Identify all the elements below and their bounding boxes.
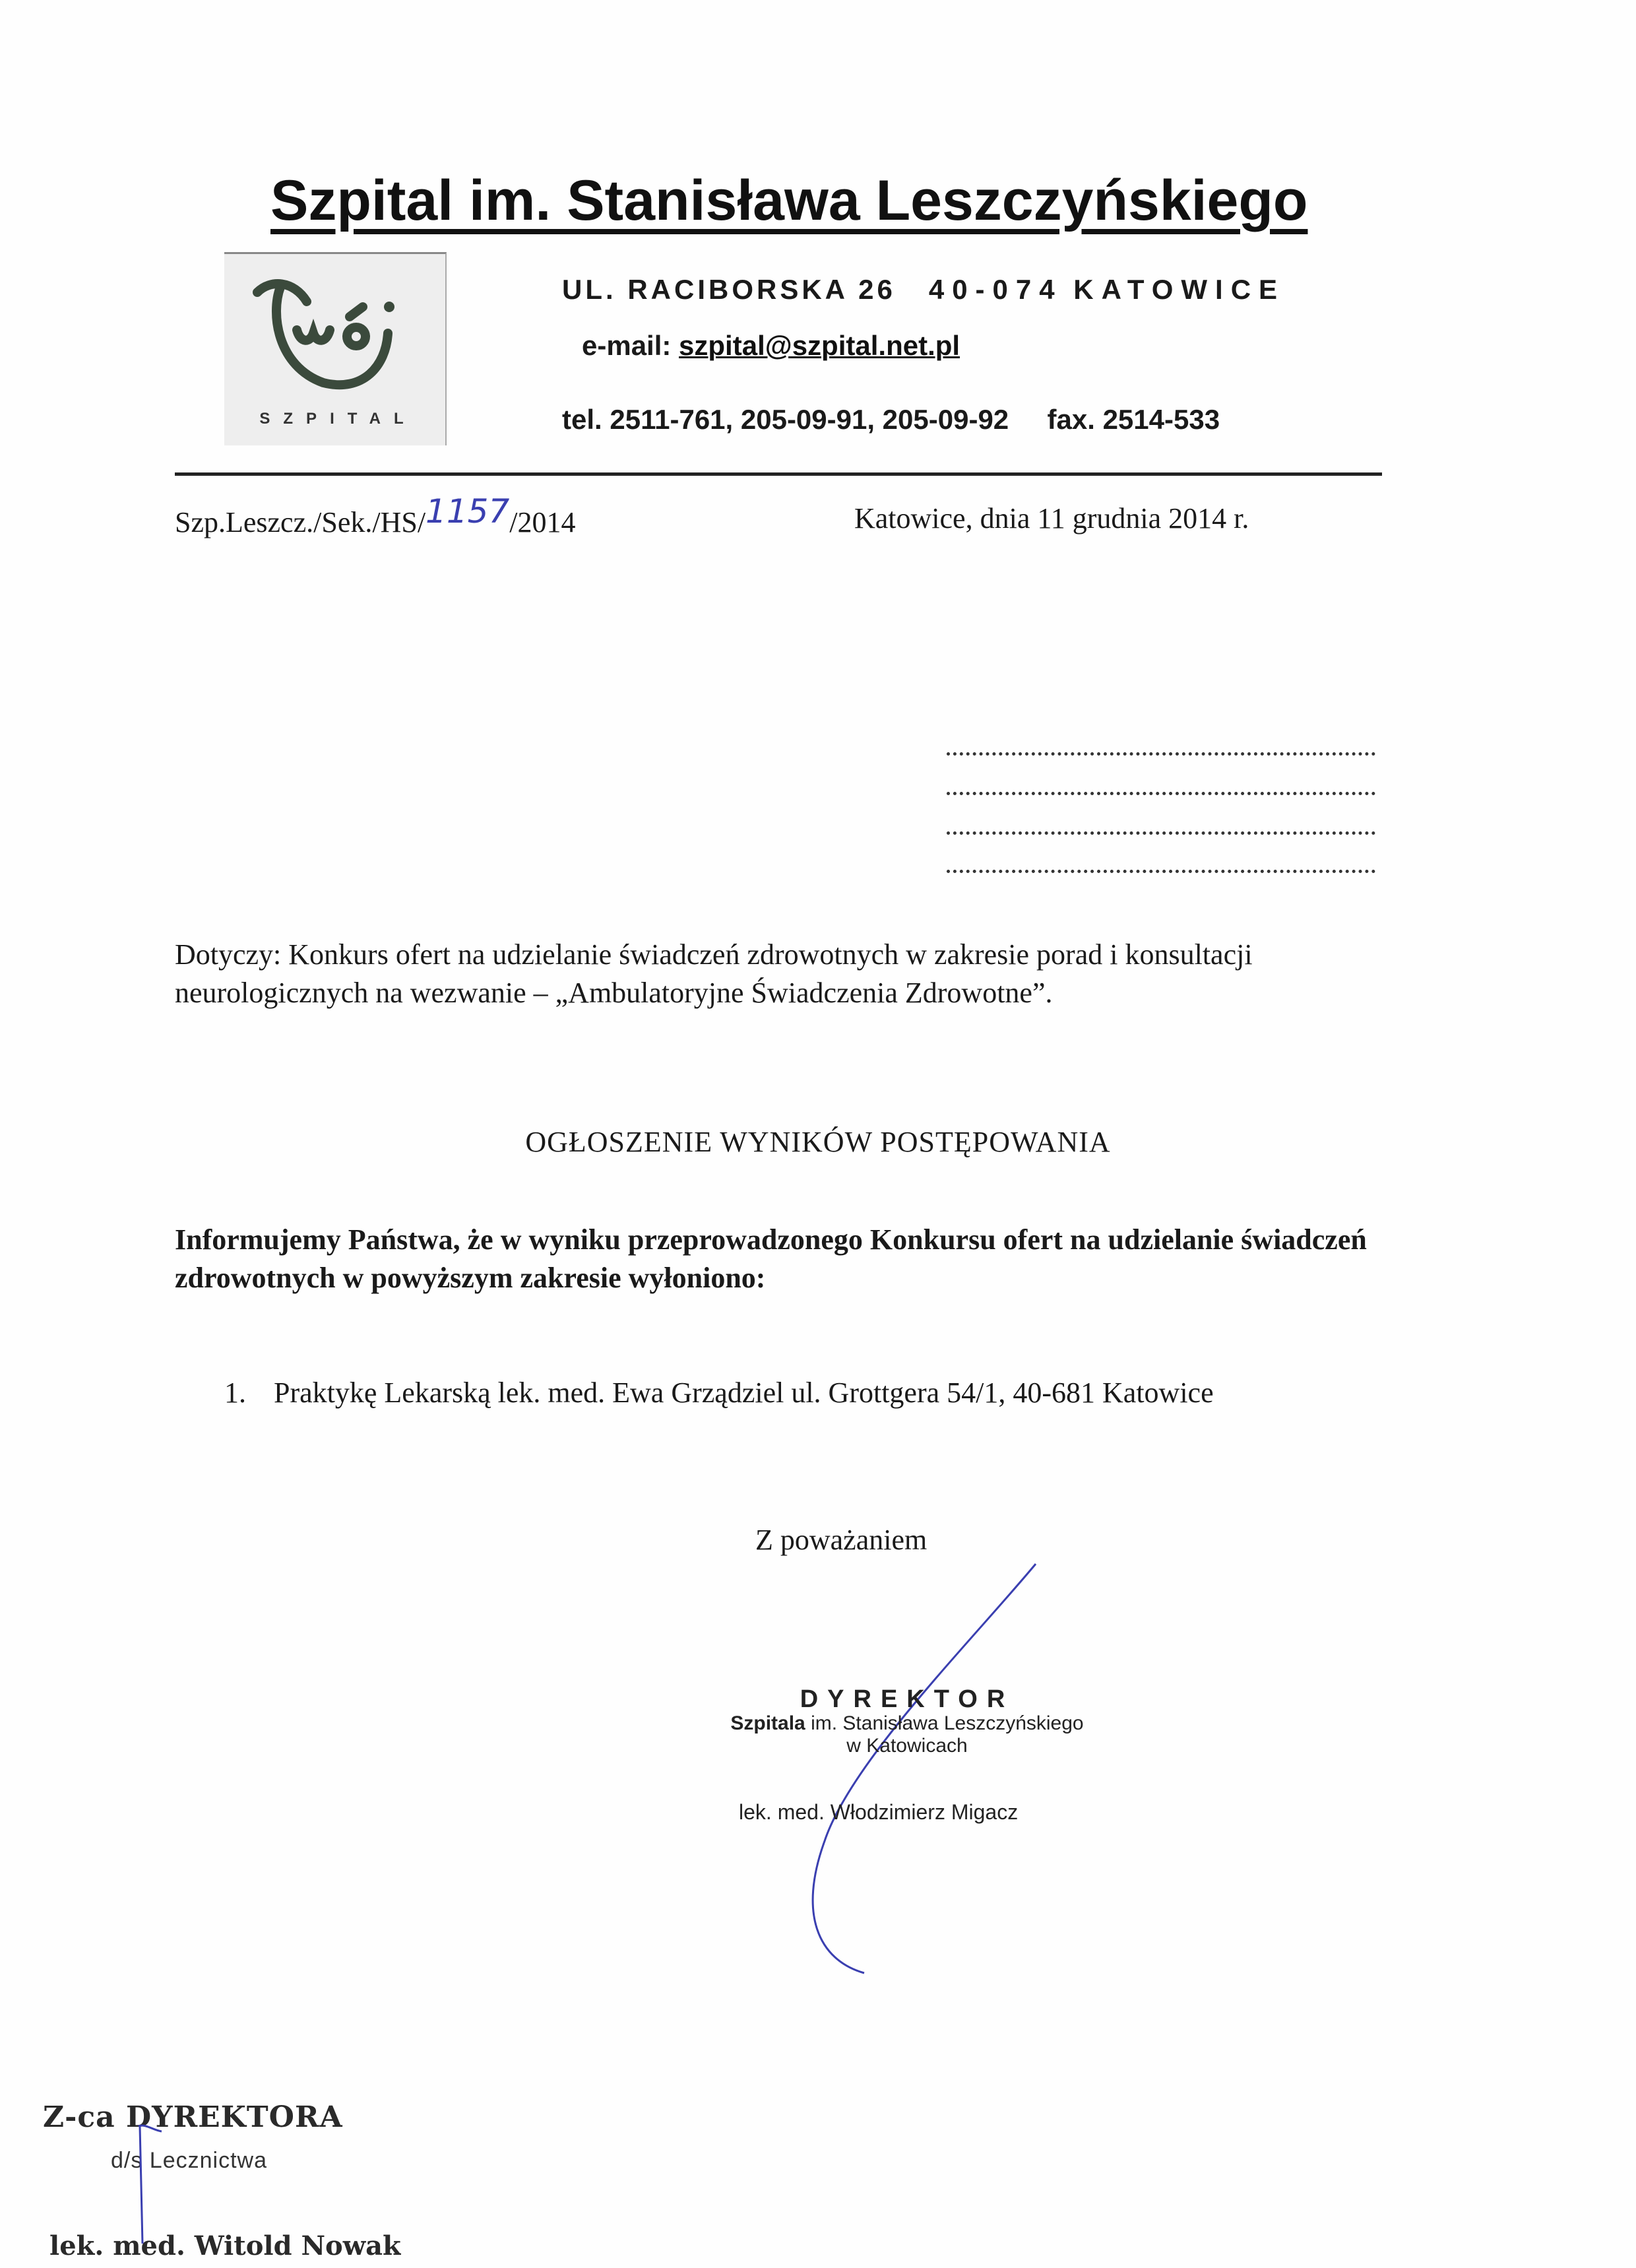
handwritten-number: 1157 [425,492,509,531]
letter-date: Katowice, dnia 11 grudnia 2014 r. [854,502,1249,535]
reference-prefix: Szp.Leszcz./Sek./HS/ [175,506,425,538]
logo-caption: SZPITAL [224,410,445,428]
subject: Dotyczy: Konkurs ofert na udzielanie świ… [175,936,1389,1012]
city: KATOWICE [1073,274,1285,305]
announcement-heading: OGŁOSZENIE WYNIKÓW POSTĘPOWANIA [0,1125,1636,1159]
fax-number: fax. 2514-533 [1048,404,1220,435]
director-signature-icon [693,1538,1088,1999]
director-title: DYREKTOR [716,1686,1098,1712]
result-number: 1. [224,1376,274,1409]
hospital-logo: SZPITAL [224,252,447,445]
result-item: 1.Praktykę Lekarską lek. med. Ewa Grządz… [224,1376,1214,1409]
email-label: e-mail: [582,330,671,361]
phone-numbers: tel. 2511-761, 205-09-91, 205-09-92 [562,404,1009,435]
email-line: e-mail: szpital@szpital.net.pl [582,330,960,362]
contact-line: tel. 2511-761, 205-09-91, 205-09-92 fax.… [562,404,1220,436]
twoj-smile-logo-icon [244,267,416,399]
result-text: Praktykę Lekarską lek. med. Ewa Grządzie… [274,1377,1214,1409]
deputy-signature-icon [99,2118,178,2250]
recipient-line [947,752,1375,756]
hospital-name: Szpital im. Stanisława Leszczyńskiego [270,168,1307,234]
street: UL. RACIBORSKA 26 [562,274,896,305]
director-institution: Szpitala im. Stanisława Leszczyńskiego [716,1712,1098,1735]
postal-code: 40-074 [929,274,1063,305]
deputy-title: Z-ca DYREKTORA [43,2100,343,2134]
email-link[interactable]: szpital@szpital.net.pl [679,330,960,361]
director-name: lek. med. Włodzimierz Migacz [739,1800,1018,1825]
institution-prefix: Szpitala [730,1712,805,1734]
institution-name: im. Stanisława Leszczyńskiego [811,1712,1084,1734]
address-line: UL. RACIBORSKA 26 40-074 KATOWICE [562,274,1285,306]
reference-number: Szp.Leszcz./Sek./HS/1157/2014 [175,502,576,540]
director-stamp: DYREKTOR Szpitala im. Stanisława Leszczy… [716,1686,1098,1757]
header-divider [175,472,1382,476]
reference-suffix: /2014 [509,506,575,538]
recipient-line [947,831,1375,835]
information-paragraph: Informujemy Państwa, że w wyniku przepro… [175,1221,1382,1297]
recipient-line [947,870,1375,873]
director-city: w Katowicach [716,1735,1098,1757]
recipient-line [947,792,1375,795]
